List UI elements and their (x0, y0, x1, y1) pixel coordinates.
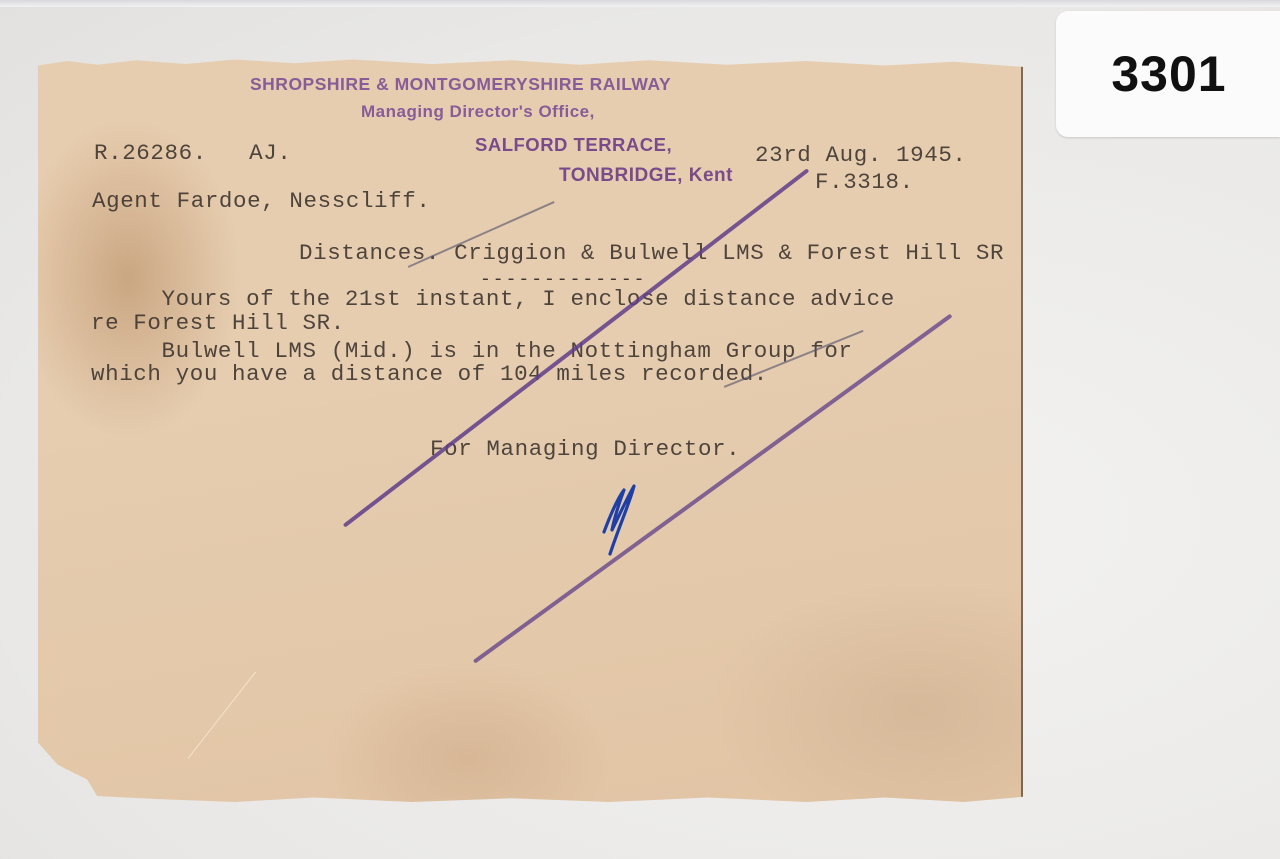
letterhead-town-line: TONBRIDGE, Kent (559, 165, 733, 187)
letterhead-street: SALFORD TERRACE, (475, 134, 672, 156)
letterhead-office: Managing Director's Office, (361, 102, 595, 122)
letter-file-reference: F.3318. (815, 169, 914, 195)
letter-reference: R.26286. AJ. (94, 140, 291, 166)
letter-body-line-2: re Forest Hill SR. (91, 310, 345, 336)
railway-letter-document: SHROPSHIRE & MONTGOMERYSHIRE RAILWAY Man… (38, 58, 1023, 802)
letter-date: 23rd Aug. 1945. (755, 142, 967, 168)
letter-signoff: For Managing Director. (430, 436, 740, 462)
lot-number-label: 3301 (1056, 11, 1280, 137)
letterhead-town: TONBRIDGE, (559, 165, 683, 186)
signature-initials (596, 480, 636, 556)
sleeve-top-edge (0, 0, 1280, 7)
letterhead-railway-name: SHROPSHIRE & MONTGOMERYSHIRE RAILWAY (250, 74, 671, 95)
letter-subject: Distances. Criggion & Bulwell LMS & Fore… (299, 240, 1004, 266)
letter-body-line-1: Yours of the 21st instant, I enclose dis… (91, 286, 895, 312)
lot-number: 3301 (1111, 45, 1226, 103)
letterhead-county: Kent (689, 165, 733, 186)
letter-body-line-4: which you have a distance of 104 miles r… (91, 361, 768, 387)
letter-addressee: Agent Fardoe, Nesscliff. (92, 188, 430, 214)
paper-crease (188, 672, 257, 759)
